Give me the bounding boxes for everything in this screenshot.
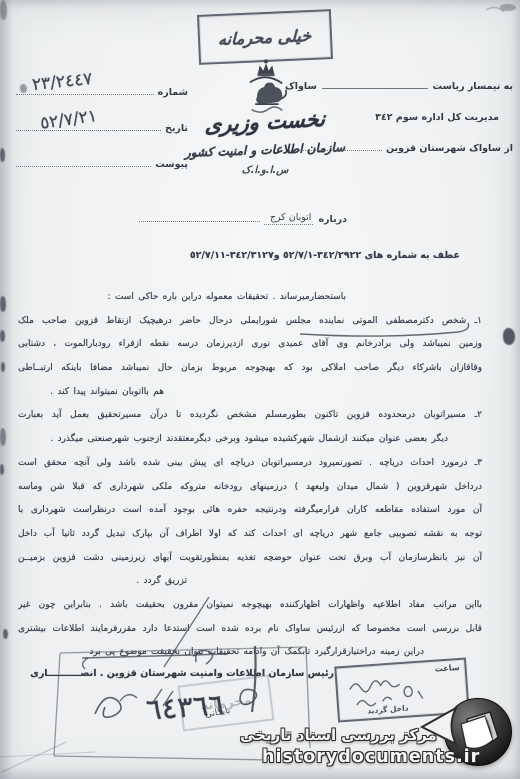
scan-artifact [0, 0, 7, 20]
from-text: از ساواک شهرستان قزوین [386, 143, 513, 154]
reference-line: عطف به شماره های ٣٤٢/٢٩٢٢-٥٢/٧/١ و٣٤٢/٣١… [50, 250, 460, 261]
from-line: از ساواک شهرستان قزوین [285, 136, 513, 154]
scan-artifact [503, 328, 515, 345]
body-line: درداخل شهرقزوین ( شمال میدان ولیعهد ) در… [18, 476, 482, 500]
scan-artifact [0, 428, 6, 446]
body-line: باستحضارمیرساند . تحقیقات معموله دراین ب… [18, 286, 482, 310]
body-line: ٣ـ درمورد احداث دریاچه . تصورنمیرود درمس… [18, 452, 482, 476]
leader-dots [16, 130, 161, 131]
body-line: دیگر بعضی عنوان میکنند ازشمال شهرکشیده م… [18, 428, 482, 452]
to-line: به تیمسار ریاست ساواک [285, 74, 513, 92]
scan-artifact [0, 148, 5, 162]
scan-artifact [3, 629, 8, 639]
signature-line: رئیس سازمان اطلاعات وامنیت شهرستان قزوین… [30, 668, 334, 679]
address-block: به تیمسار ریاست ساواک مدیریت کل اداره سو… [285, 74, 513, 167]
watermark-wing-icon [418, 704, 460, 748]
date-row: تاریخ [12, 118, 188, 134]
body-line: آن نیز بانظرسازمان آب وبرق تحت عنوان حوض… [18, 547, 482, 571]
body-line: تزریق گردد . [18, 570, 482, 594]
meta-block: شماره تاریخ پیوست [12, 82, 188, 190]
classification-stamp-text: خیلی محرمانه [218, 25, 312, 48]
scanned-letter-page: خیلی محرمانه نخست وزیری سازمان اطلاعات و… [0, 0, 520, 779]
subject-value: اتوبان کرج [264, 212, 314, 225]
subject-row: درباره اتوبان کرج [135, 212, 347, 225]
watermark-title: مرکز بررسی اسناد تاریخی [240, 726, 446, 744]
body-line: آن مورد استفاده مقاطعه کاران قرارمیگرفته… [18, 499, 482, 523]
directorate-text: مدیریت کل اداره سوم ٣٤٢ [375, 112, 499, 123]
scan-artifact [0, 464, 4, 475]
attachment-row: پیوست [12, 154, 188, 170]
leader-dots [139, 221, 260, 222]
scan-artifact [20, 84, 27, 93]
date-label: تاریخ [165, 123, 188, 134]
body-line: بااین مراتب مفاد اطلاعیه واظهارات اظهارک… [18, 594, 482, 618]
body-line: وزمین نمیباشد ولی برادرخانم وی آقای عمید… [18, 333, 482, 357]
directorate-line: مدیریت کل اداره سوم ٣٤٢ [285, 105, 513, 123]
classification-stamp: خیلی محرمانه [197, 9, 333, 65]
body-line: قابل بررسی است مخصوصا که ازرئیس ساواک نا… [18, 618, 482, 642]
to-value: ساواک [285, 81, 317, 92]
body-line: ٢ـ مسیراتوبان درمحدوده قزوین تاکنون بطور… [18, 404, 482, 428]
archive-number-handwritten: ٦٤٣٦٦ [145, 687, 225, 726]
body-line: ١ـ شخص دکترمصطفی الموتی نماینده مجلس شور… [18, 310, 482, 334]
leader-line [322, 88, 428, 89]
attachment-label: پیوست [155, 159, 188, 170]
to-label: به تیمسار ریاست [433, 81, 513, 92]
subject-label: درباره [318, 214, 347, 225]
scan-artifact [0, 330, 5, 342]
body-line: توجه به نقشه تصویبی جامع شهر دریاچه ای ا… [18, 523, 482, 547]
body-text: باستحضارمیرساند . تحقیقات معموله دراین ب… [18, 286, 482, 665]
body-line: وقاقازان باشرکاء دیگر صاحب املاکی بود که… [18, 357, 482, 381]
scan-artifact [500, 4, 516, 11]
body-line: هم بااتوبان نمیتواند پیدا کند . [18, 381, 482, 405]
number-label: شماره [158, 87, 188, 98]
scan-artifact [0, 296, 6, 312]
leader-dots [16, 166, 151, 167]
scan-artifact [1, 362, 5, 372]
leader-dots [289, 150, 382, 151]
watermark-url: historydocuments.ir [262, 747, 480, 767]
